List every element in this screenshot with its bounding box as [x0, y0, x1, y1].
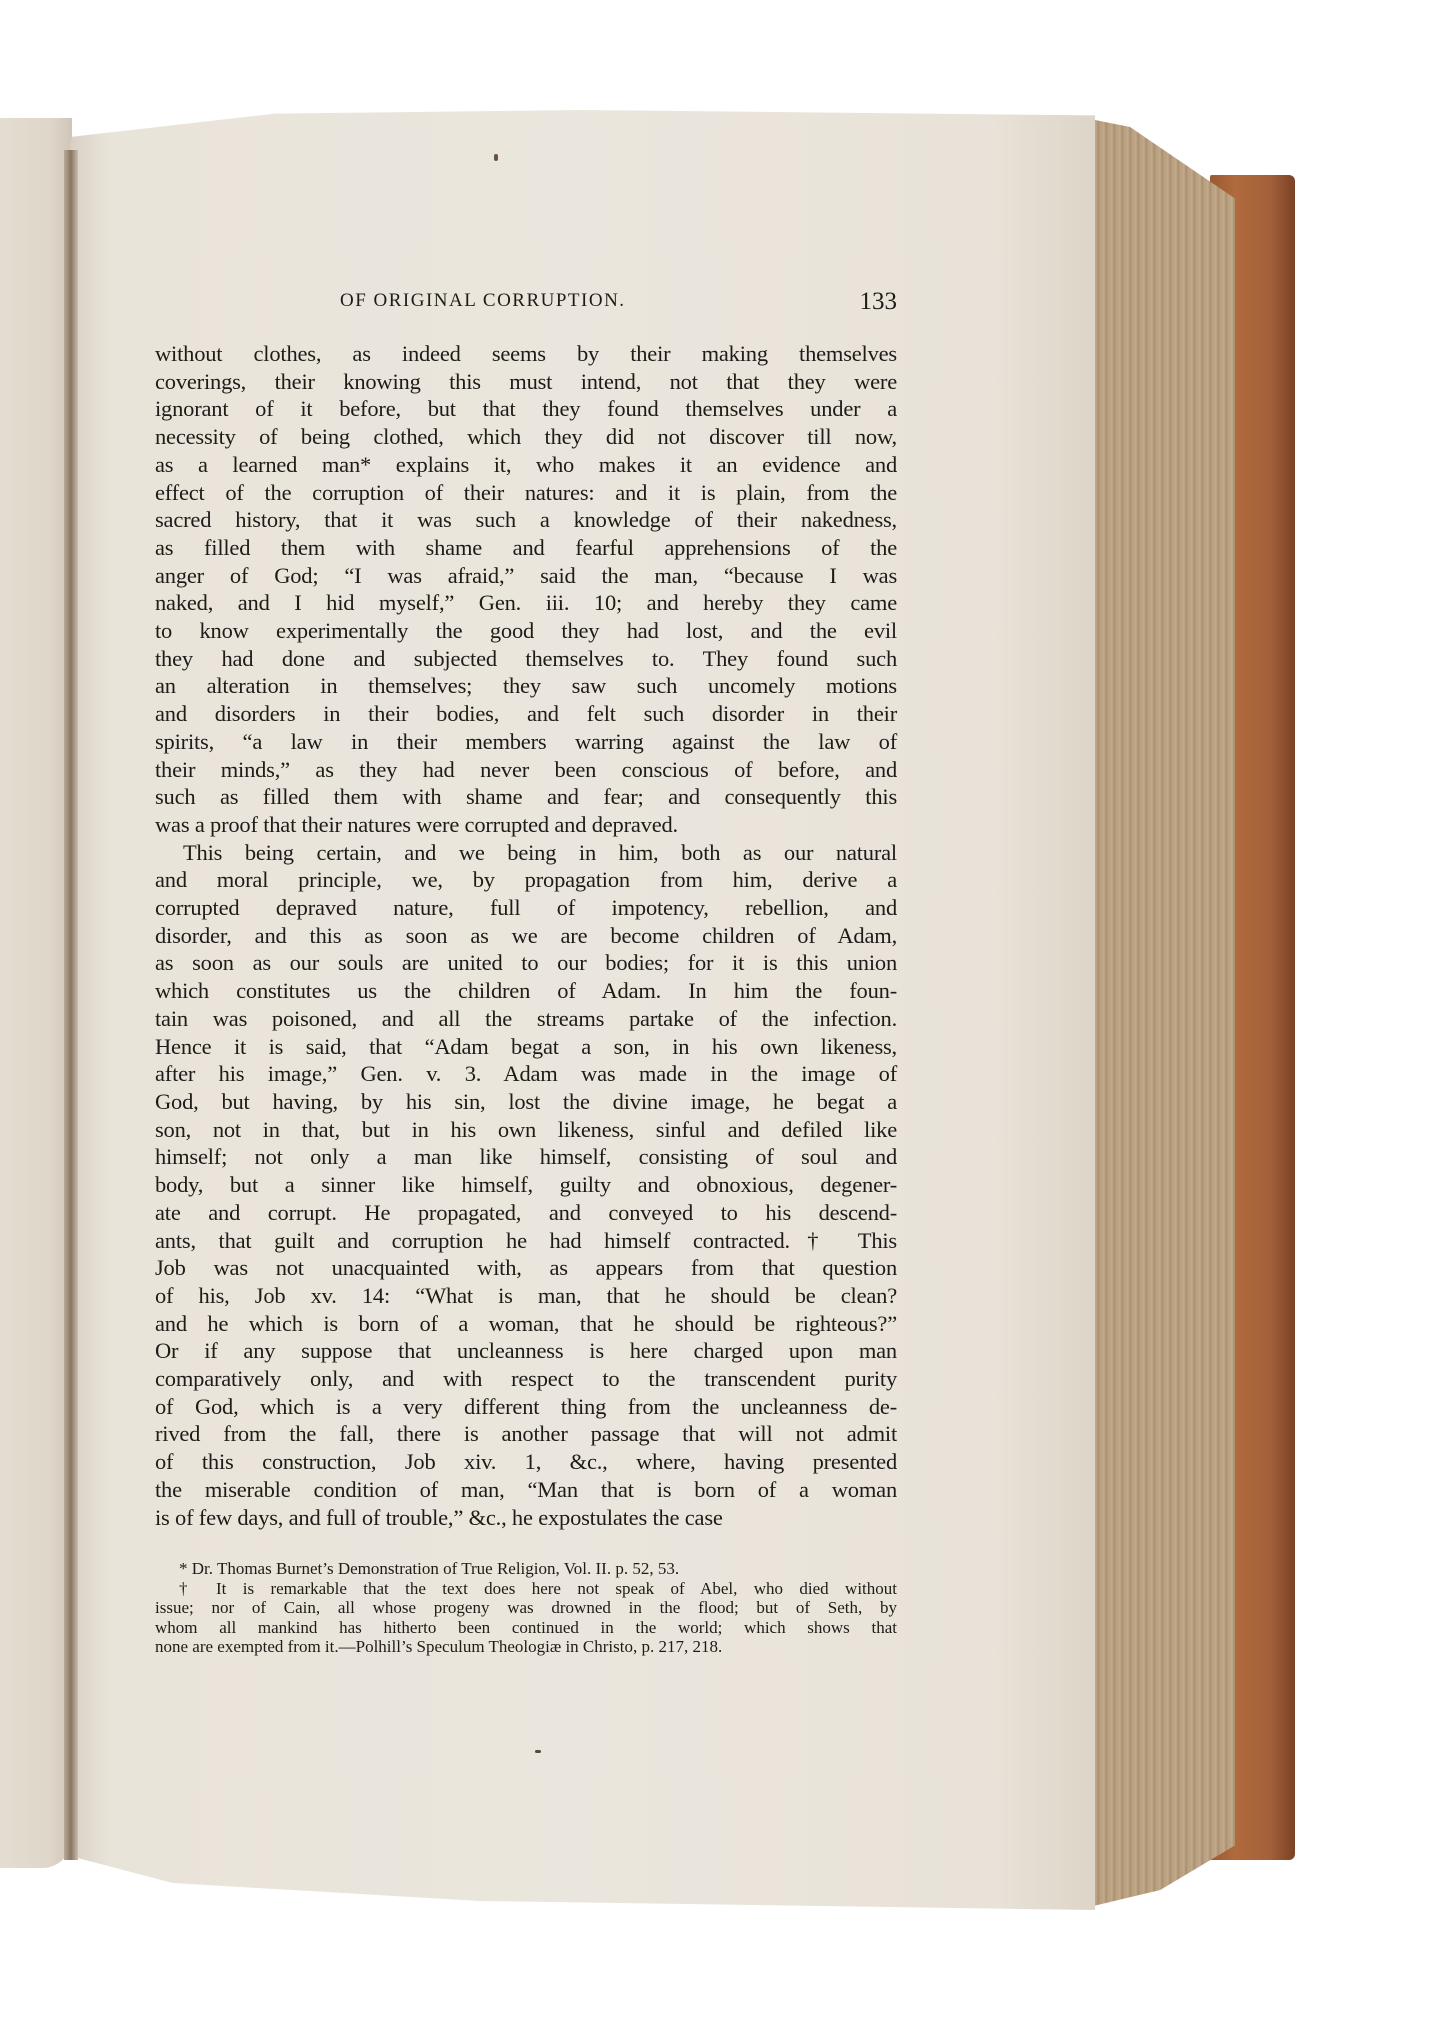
text-line: ants, that guilt and corruption he had h… [155, 1227, 897, 1255]
text-line: such as filled them with shame and fear;… [155, 783, 897, 811]
text-line: they had done and subjected themselves t… [155, 645, 897, 673]
text-line: to know experimentally the good they had… [155, 617, 897, 645]
page-edges [1085, 118, 1235, 1908]
text-line: Job was not unacquainted with, as appear… [155, 1254, 897, 1282]
text-line: anger of God; “I was afraid,” said the m… [155, 562, 897, 590]
left-page [0, 118, 72, 1868]
book-gutter [64, 150, 78, 1860]
footnotes: * Dr. Thomas Burnet’s Demonstration of T… [155, 1559, 897, 1657]
text-line: Hence it is said, that “Adam begat a son… [155, 1033, 897, 1061]
text-line: as a learned man* explains it, who makes… [155, 451, 897, 479]
page-content: OF ORIGINAL CORRUPTION. 133 without clot… [155, 290, 897, 1657]
text-line: corrupted depraved nature, full of impot… [155, 894, 897, 922]
text-line: sacred history, that it was such a knowl… [155, 506, 897, 534]
text-line: comparatively only, and with respect to … [155, 1365, 897, 1393]
text-line: ate and corrupt. He propagated, and conv… [155, 1199, 897, 1227]
page-blemish [535, 1750, 541, 1753]
text-line: and he which is born of a woman, that he… [155, 1310, 897, 1338]
footnote-line: † It is remarkable that the text does he… [155, 1579, 897, 1599]
text-line: himself; not only a man like himself, co… [155, 1143, 897, 1171]
text-line: This being certain, and we being in him,… [155, 839, 897, 867]
page-blemish [494, 154, 498, 161]
body-text: without clothes, as indeed seems by thei… [155, 340, 897, 1531]
footnote-line: issue; nor of Cain, all whose progeny wa… [155, 1598, 897, 1618]
text-line: of this construction, Job xiv. 1, &c., w… [155, 1448, 897, 1476]
footnote-line: * Dr. Thomas Burnet’s Demonstration of T… [155, 1559, 897, 1579]
text-line: is of few days, and full of trouble,” &c… [155, 1504, 897, 1532]
text-line: ignorant of it before, but that they fou… [155, 395, 897, 423]
text-line: body, but a sinner like himself, guilty … [155, 1171, 897, 1199]
text-line: without clothes, as indeed seems by thei… [155, 340, 897, 368]
footnote-line: none are exempted from it.—Polhill’s Spe… [155, 1637, 897, 1657]
text-line: tain was poisoned, and all the streams p… [155, 1005, 897, 1033]
text-line: an alteration in themselves; they saw su… [155, 672, 897, 700]
text-line: God, but having, by his sin, lost the di… [155, 1088, 897, 1116]
text-line: and disorders in their bodies, and felt … [155, 700, 897, 728]
text-line: naked, and I hid myself,” Gen. iii. 10; … [155, 589, 897, 617]
text-line: and moral principle, we, by propagation … [155, 866, 897, 894]
text-line: disorder, and this as soon as we are bec… [155, 922, 897, 950]
text-line: rived from the fall, there is another pa… [155, 1420, 897, 1448]
running-title: OF ORIGINAL CORRUPTION. [340, 290, 626, 312]
running-head: OF ORIGINAL CORRUPTION. 133 [155, 290, 897, 330]
text-line: was a proof that their natures were corr… [155, 811, 897, 839]
text-line: their minds,” as they had never been con… [155, 756, 897, 784]
text-line: as soon as our souls are united to our b… [155, 949, 897, 977]
text-line: spirits, “a law in their members warring… [155, 728, 897, 756]
text-line: son, not in that, but in his own likenes… [155, 1116, 897, 1144]
text-line: as filled them with shame and fearful ap… [155, 534, 897, 562]
footnote-line: whom all mankind has hitherto been conti… [155, 1618, 897, 1638]
text-line: of his, Job xv. 14: “What is man, that h… [155, 1282, 897, 1310]
text-line: coverings, their knowing this must inten… [155, 368, 897, 396]
text-line: after his image,” Gen. v. 3. Adam was ma… [155, 1060, 897, 1088]
text-line: effect of the corruption of their nature… [155, 479, 897, 507]
text-line: the miserable condition of man, “Man tha… [155, 1476, 897, 1504]
text-line: which constitutes us the children of Ada… [155, 977, 897, 1005]
text-line: necessity of being clothed, which they d… [155, 423, 897, 451]
text-line: of God, which is a very different thing … [155, 1393, 897, 1421]
page-number: 133 [860, 288, 898, 316]
text-line: Or if any suppose that uncleanness is he… [155, 1337, 897, 1365]
